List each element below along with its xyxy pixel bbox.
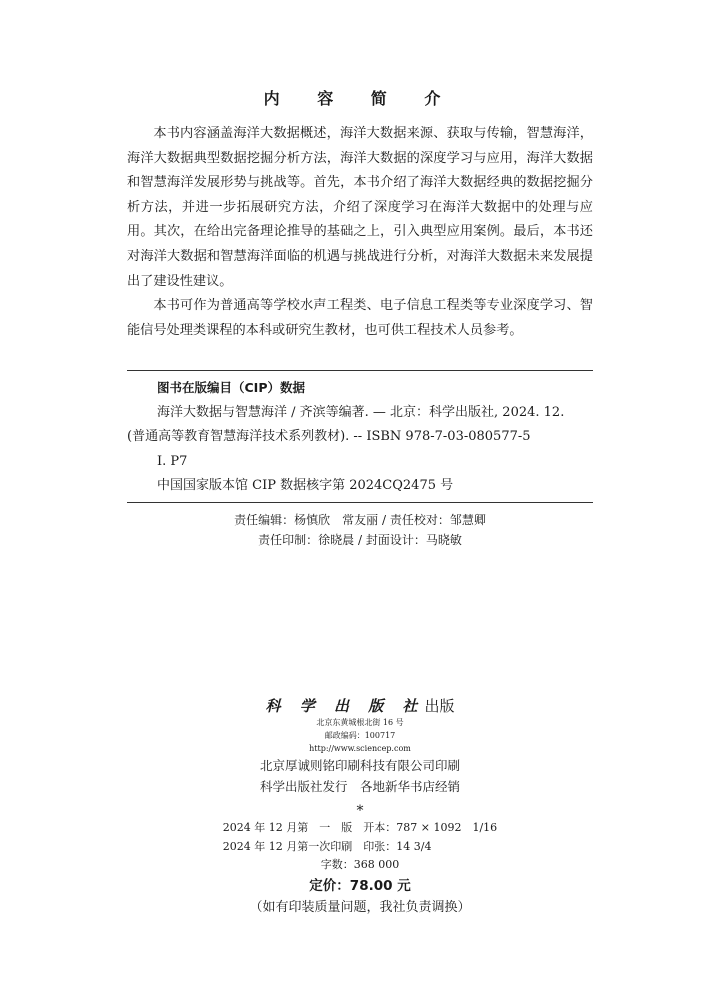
cip-bottom-divider bbox=[127, 502, 593, 503]
publisher-postcode: 邮政编码：100717 bbox=[0, 729, 720, 742]
asterisk-separator: * bbox=[0, 803, 720, 819]
printing-line: 2024 年 12 月第一次印刷 印张：14 3/4 bbox=[223, 838, 497, 857]
summary-paragraph-1: 本书内容涵盖海洋大数据概述，海洋大数据来源、获取与传输，智慧海洋，海洋大数据典型… bbox=[127, 122, 593, 294]
cip-heading: 图书在版编目（CIP）数据 bbox=[127, 376, 593, 401]
publisher-line: 科 学 出 版 社出版 bbox=[0, 696, 720, 716]
cip-line-title: 海洋大数据与智慧海洋 / 齐滨等编著. — 北京：科学出版社, 2024. 12… bbox=[127, 401, 593, 426]
cip-line-record-number: 中国国家版本馆 CIP 数据核字第 2024CQ2475 号 bbox=[127, 474, 593, 499]
credits-block: 责任编辑：杨慎欣 常友丽 / 责任校对：邹慧卿 责任印制：徐晓晨 / 封面设计：… bbox=[0, 510, 720, 550]
imprint-block: 科 学 出 版 社出版 北京东黄城根北街 16 号 邮政编码：100717 ht… bbox=[0, 696, 720, 919]
distribution-line: 科学出版社发行 各地新华书店经销 bbox=[0, 776, 720, 797]
credits-editors: 责任编辑：杨慎欣 常友丽 / 责任校对：邹慧卿 bbox=[0, 510, 720, 530]
page-title: 内 容 简 介 bbox=[0, 86, 720, 109]
edition-info: 2024 年 12 月第 一 版 开本：787 × 1092 1/16 2024… bbox=[223, 819, 497, 856]
credits-production: 责任印制：徐晓晨 / 封面设计：马晓敏 bbox=[0, 530, 720, 550]
summary-paragraph-2: 本书可作为普通高等学校水声工程类、电子信息工程类等专业深度学习、智能信号处理类课… bbox=[127, 294, 593, 343]
quality-note: （如有印装质量问题，我社负责调换） bbox=[0, 897, 720, 919]
cip-data-block: 图书在版编目（CIP）数据 海洋大数据与智慧海洋 / 齐滨等编著. — 北京：科… bbox=[127, 376, 593, 499]
cip-line-classification: Ⅰ. P7 bbox=[127, 450, 593, 475]
word-count: 字数：368 000 bbox=[0, 856, 720, 875]
publisher-logo: 科 学 出 版 社 bbox=[266, 697, 425, 715]
publisher-website: http://www.sciencep.com bbox=[0, 742, 720, 755]
publisher-suffix: 出版 bbox=[424, 697, 454, 715]
edition-line: 2024 年 12 月第 一 版 开本：787 × 1092 1/16 bbox=[223, 819, 497, 838]
summary-section: 本书内容涵盖海洋大数据概述，海洋大数据来源、获取与传输，智慧海洋，海洋大数据典型… bbox=[127, 122, 593, 343]
cip-top-divider bbox=[127, 370, 593, 371]
cip-line-series-isbn: (普通高等教育智慧海洋技术系列教材). -- ISBN 978-7-03-080… bbox=[127, 425, 593, 450]
publisher-address: 北京东黄城根北街 16 号 bbox=[0, 716, 720, 729]
price: 定价：78.00 元 bbox=[0, 875, 720, 897]
printer-line: 北京厚诚则铭印刷科技有限公司印刷 bbox=[0, 755, 720, 776]
